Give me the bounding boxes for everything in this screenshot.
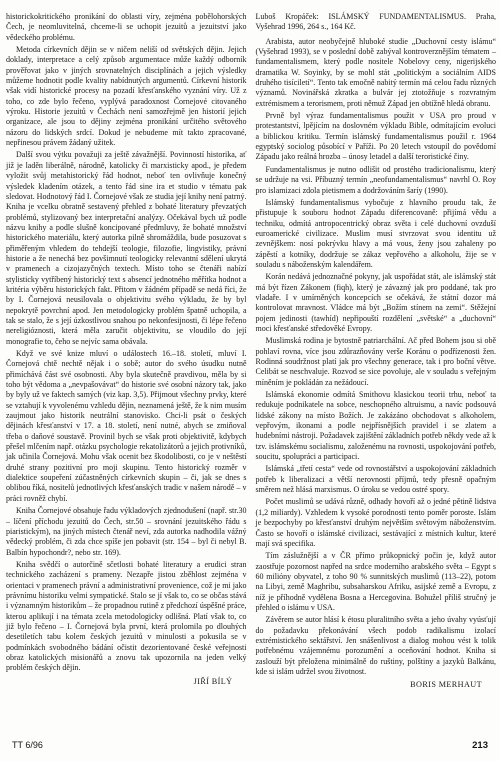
paragraph: Korán nedává jednoznačné pokyny, jak usp… bbox=[256, 272, 497, 334]
author-signature-right: BORIS MERHAUT bbox=[256, 680, 497, 690]
paragraph: historickokritického pronikání do oblast… bbox=[6, 12, 247, 43]
paragraph: Fundamentalismus je nutno odlišit od pro… bbox=[256, 165, 497, 196]
paragraph: Kniha Čornejové obsahuje řadu výkladovýc… bbox=[6, 506, 247, 558]
paragraph: Když ve své knize mluví o událostech 16.… bbox=[6, 349, 247, 504]
author-signature-left: JIŘÍ BÍLÝ bbox=[6, 677, 247, 687]
review-article-right: Luboš Kropáček: ISLÁMSKÝ FUNDAMENTALISMU… bbox=[256, 12, 497, 691]
two-column-layout: historickokritického pronikání do oblast… bbox=[0, 0, 500, 691]
paragraph: Islámská ekonomie odmítá Smithovu klasic… bbox=[256, 390, 497, 462]
paragraph: Počet muslimů se udává různě, odhady hov… bbox=[256, 497, 497, 549]
book-citation-heading: Luboš Kropáček: ISLÁMSKÝ FUNDAMENTALISMU… bbox=[256, 12, 497, 33]
page-footer: TT 6/96 213 bbox=[12, 740, 488, 751]
paragraph: Islámská „třetí cesta“ vede od rovnostář… bbox=[256, 464, 497, 495]
page-number: 213 bbox=[472, 740, 488, 751]
paragraph: Prvně byl výraz fundamentalismus použit … bbox=[256, 111, 497, 163]
journal-issue-label: TT 6/96 bbox=[12, 740, 43, 750]
paragraph: Další svou výtku považuji za ještě závaž… bbox=[6, 150, 247, 347]
paragraph: Tím záslužnější a v ČR přímo průkopnický… bbox=[256, 551, 497, 613]
paragraph: Muslimská rodina je bytostně patriarchál… bbox=[256, 336, 497, 388]
paragraph: Závěrem se autor hlásí k étosu pluralitn… bbox=[256, 615, 497, 677]
journal-page: historickokritického pronikání do oblast… bbox=[0, 0, 500, 761]
paragraph: Metoda církevních dějin se v ničem neliš… bbox=[6, 45, 247, 148]
review-article-left: historickokritického pronikání do oblast… bbox=[6, 12, 247, 691]
paragraph: Islámský fundamentalismus vybočuje z hla… bbox=[256, 198, 497, 270]
paragraph: Arabista, autor neobyčejně hluboké studi… bbox=[256, 37, 497, 109]
paragraph: Kniha svědčí o autorčině sčetlosti bohat… bbox=[6, 560, 247, 674]
